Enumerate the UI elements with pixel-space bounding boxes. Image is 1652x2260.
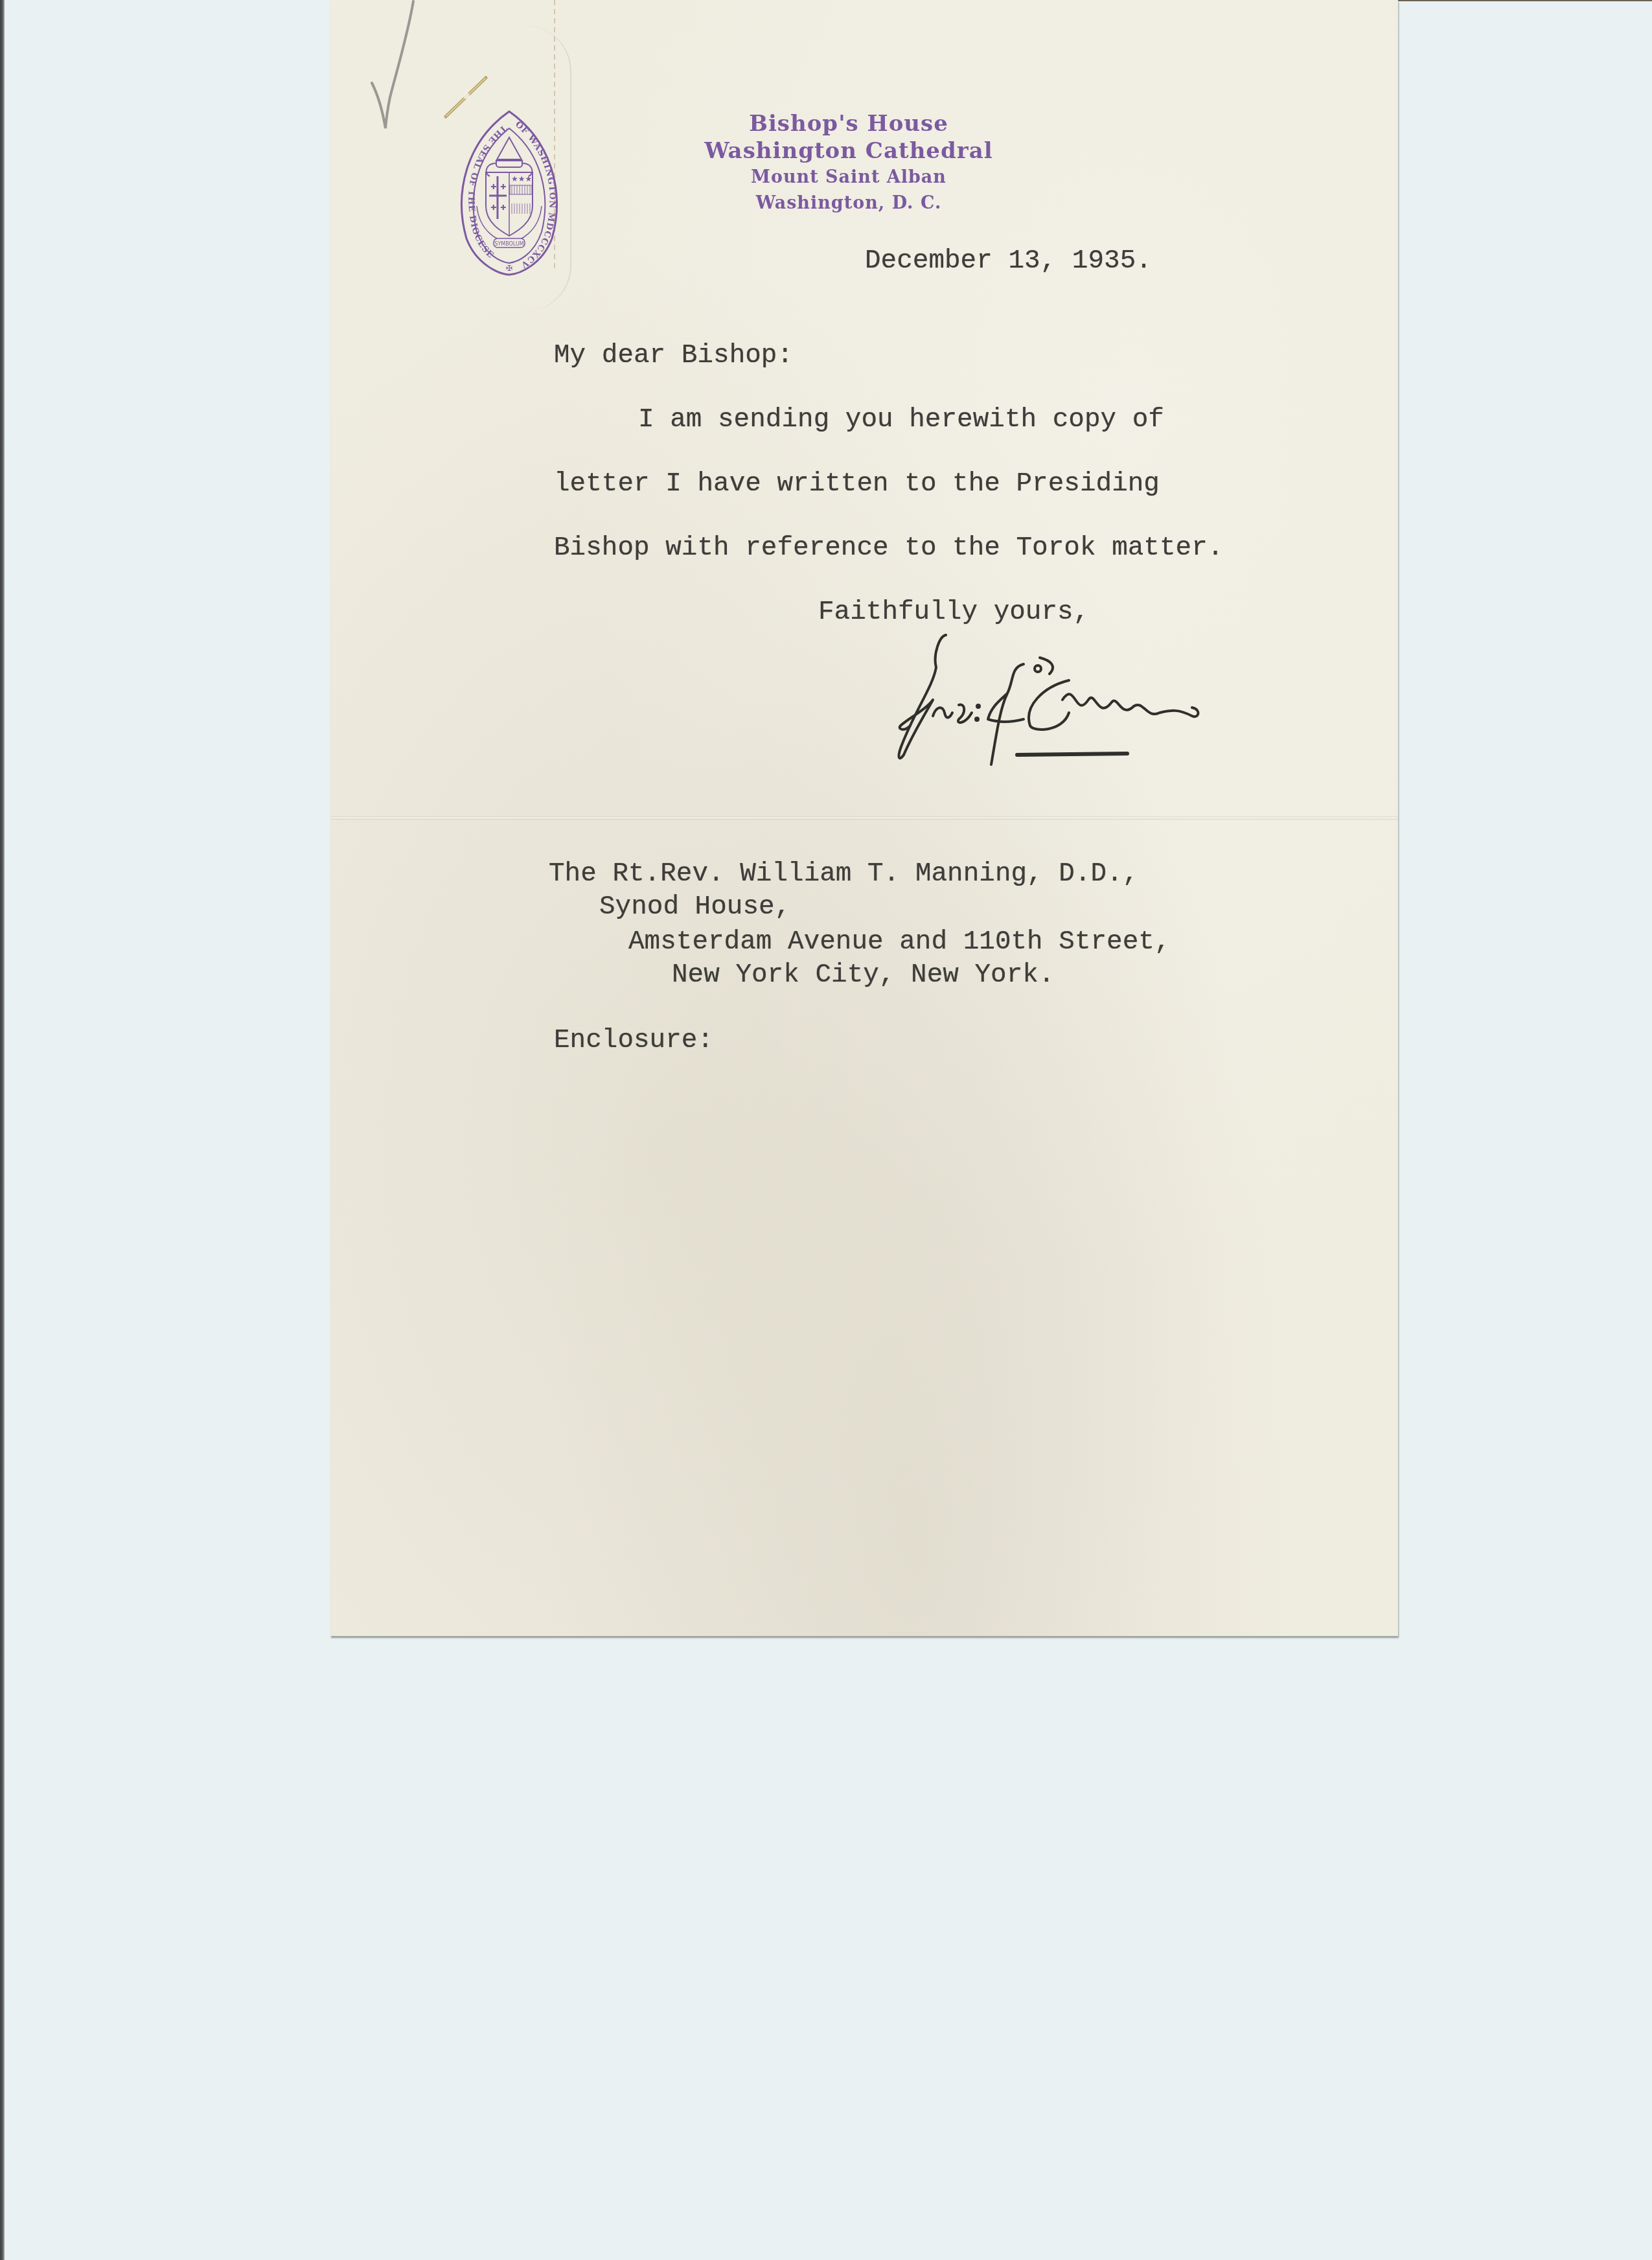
- enclosure-note: Enclosure:: [554, 1026, 713, 1055]
- recipient-address-line-3: New York City, New York.: [672, 960, 1055, 990]
- closing: Faithfully yours,: [818, 597, 1089, 627]
- letterhead-line-4: Washington, D. C.: [680, 190, 1017, 216]
- letterhead: Bishop's House Washington Cathedral Moun…: [680, 110, 1017, 216]
- scanner-top-edge: [1398, 0, 1652, 1]
- svg-text:SYMBOLUM: SYMBOLUM: [494, 241, 523, 247]
- recipient-name: The Rt.Rev. William T. Manning, D.D.,: [549, 859, 1138, 889]
- fold-line: [330, 816, 1398, 820]
- recipient-address-line-1: Synod House,: [599, 892, 790, 922]
- letterhead-line-1: Bishop's House: [680, 110, 1017, 137]
- handwritten-signature: Jas. E. Freeman: [868, 628, 1218, 771]
- letter-date: December 13, 1935.: [865, 246, 1152, 276]
- letter-page: THE SEAL OF THE DIOCESE OF WASHINGTON MD…: [330, 0, 1398, 1636]
- recipient-address-line-2: Amsterdam Avenue and 110th Street,: [628, 927, 1171, 957]
- letterhead-line-3: Mount Saint Alban: [680, 165, 1017, 190]
- body-line-2: letter I have written to the Presiding: [554, 469, 1160, 499]
- diocesan-seal-icon: THE SEAL OF THE DIOCESE OF WASHINGTON MD…: [453, 109, 565, 276]
- body-line-3: Bishop with reference to the Torok matte…: [554, 533, 1223, 563]
- body-line-1: I am sending you herewith copy of: [638, 405, 1164, 435]
- scanner-edge: [0, 0, 5, 2260]
- pencil-checkmark-icon: [363, 0, 421, 136]
- svg-text:✠: ✠: [506, 264, 512, 273]
- svg-text:✚: ✚: [490, 183, 496, 191]
- svg-text:★★★: ★★★: [511, 174, 532, 183]
- svg-text:✚: ✚: [500, 203, 506, 212]
- letterhead-line-2: Washington Cathedral: [680, 137, 1017, 165]
- salutation: My dear Bishop:: [554, 341, 793, 371]
- svg-text:✚: ✚: [490, 203, 496, 212]
- svg-text:✚: ✚: [500, 183, 506, 191]
